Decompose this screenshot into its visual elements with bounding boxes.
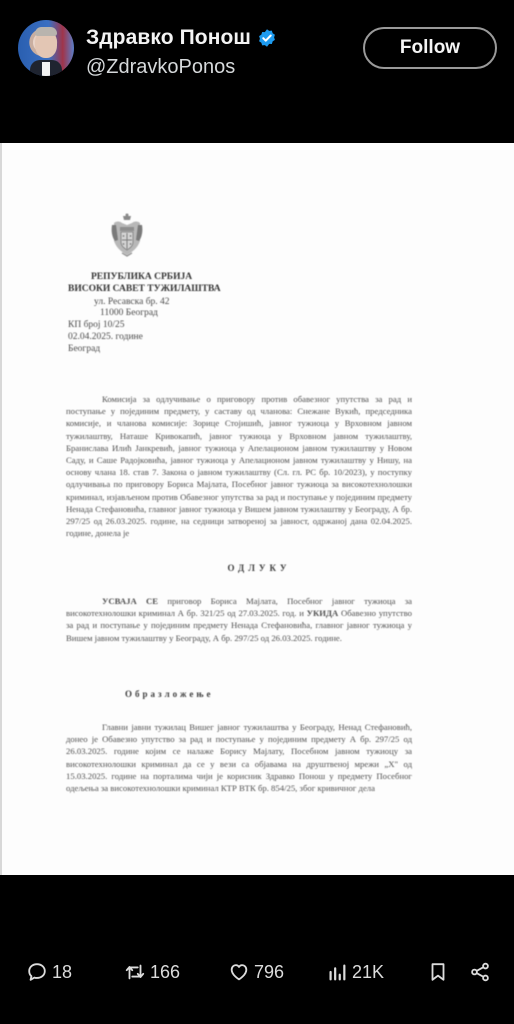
views-bars-icon (326, 961, 348, 983)
tweet-actions-bar: 18 166 796 21K (0, 952, 514, 992)
document-content: РЕПУБЛИКА СРБИЈА ВИСОКИ САВЕТ ТУЖИЛАШТВА… (2, 143, 514, 875)
serbian-coat-of-arms-icon (110, 213, 144, 259)
bookmark-button[interactable] (427, 952, 449, 992)
repost-button[interactable]: 166 (124, 952, 180, 992)
decision-lead-approve: УСВАЈА СЕ (102, 596, 158, 606)
verified-badge-icon (257, 28, 277, 48)
views-button[interactable]: 21K (326, 952, 384, 992)
avatar-shirt (42, 62, 50, 76)
views-count: 21K (352, 962, 384, 983)
tweet-header: Здравко Понош @ZdravkoPonos Follow (0, 0, 514, 100)
repost-icon (124, 961, 146, 983)
avatar-hair (35, 27, 57, 36)
reasoning-paragraph-text: Главни јавни тужилац Вишег јавног тужила… (66, 721, 412, 794)
like-button[interactable]: 796 (228, 952, 284, 992)
author-display-name[interactable]: Здравко Понош (86, 26, 251, 50)
decision-paragraph: УСВАЈА СЕ приговор Бориса Мајлата, Посеб… (66, 595, 412, 644)
share-button[interactable] (469, 952, 491, 992)
letterhead-place: Београд (68, 343, 100, 355)
decision-heading: ОДЛУКУ (2, 563, 514, 573)
intro-paragraph-text: Комисија за одлучивање о приговору проти… (66, 393, 412, 539)
reasoning-paragraph: Главни јавни тужилац Вишег јавног тужила… (66, 721, 412, 794)
author-handle[interactable]: @ZdravkoPonos (86, 56, 235, 79)
decision-lead-annul: УКИДА (307, 608, 339, 618)
follow-button[interactable]: Follow (363, 27, 497, 69)
bookmark-icon (427, 961, 449, 983)
author-avatar[interactable] (18, 20, 74, 76)
letterhead-case-number: КП број 10/25 (68, 319, 125, 331)
share-icon (469, 961, 491, 983)
attached-document-image[interactable]: РЕПУБЛИКА СРБИЈА ВИСОКИ САВЕТ ТУЖИЛАШТВА… (0, 143, 514, 875)
reasoning-heading: Образложење (125, 689, 214, 699)
letterhead-date: 02.04.2025. године (68, 331, 143, 343)
reply-count: 18 (52, 962, 72, 983)
heart-icon (228, 961, 250, 983)
author-name-row[interactable]: Здравко Понош (86, 26, 277, 50)
letterhead-country: РЕПУБЛИКА СРБИЈА (91, 271, 192, 283)
letterhead-institution: ВИСОКИ САВЕТ ТУЖИЛАШТВА (68, 283, 221, 295)
decision-paragraph-text: УСВАЈА СЕ приговор Бориса Мајлата, Посеб… (66, 595, 412, 644)
reply-bubble-icon (26, 961, 48, 983)
letterhead-city: 11000 Београд (100, 307, 158, 319)
intro-paragraph: Комисија за одлучивање о приговору проти… (66, 393, 412, 539)
reply-button[interactable]: 18 (26, 952, 72, 992)
repost-count: 166 (150, 962, 180, 983)
like-count: 796 (254, 962, 284, 983)
